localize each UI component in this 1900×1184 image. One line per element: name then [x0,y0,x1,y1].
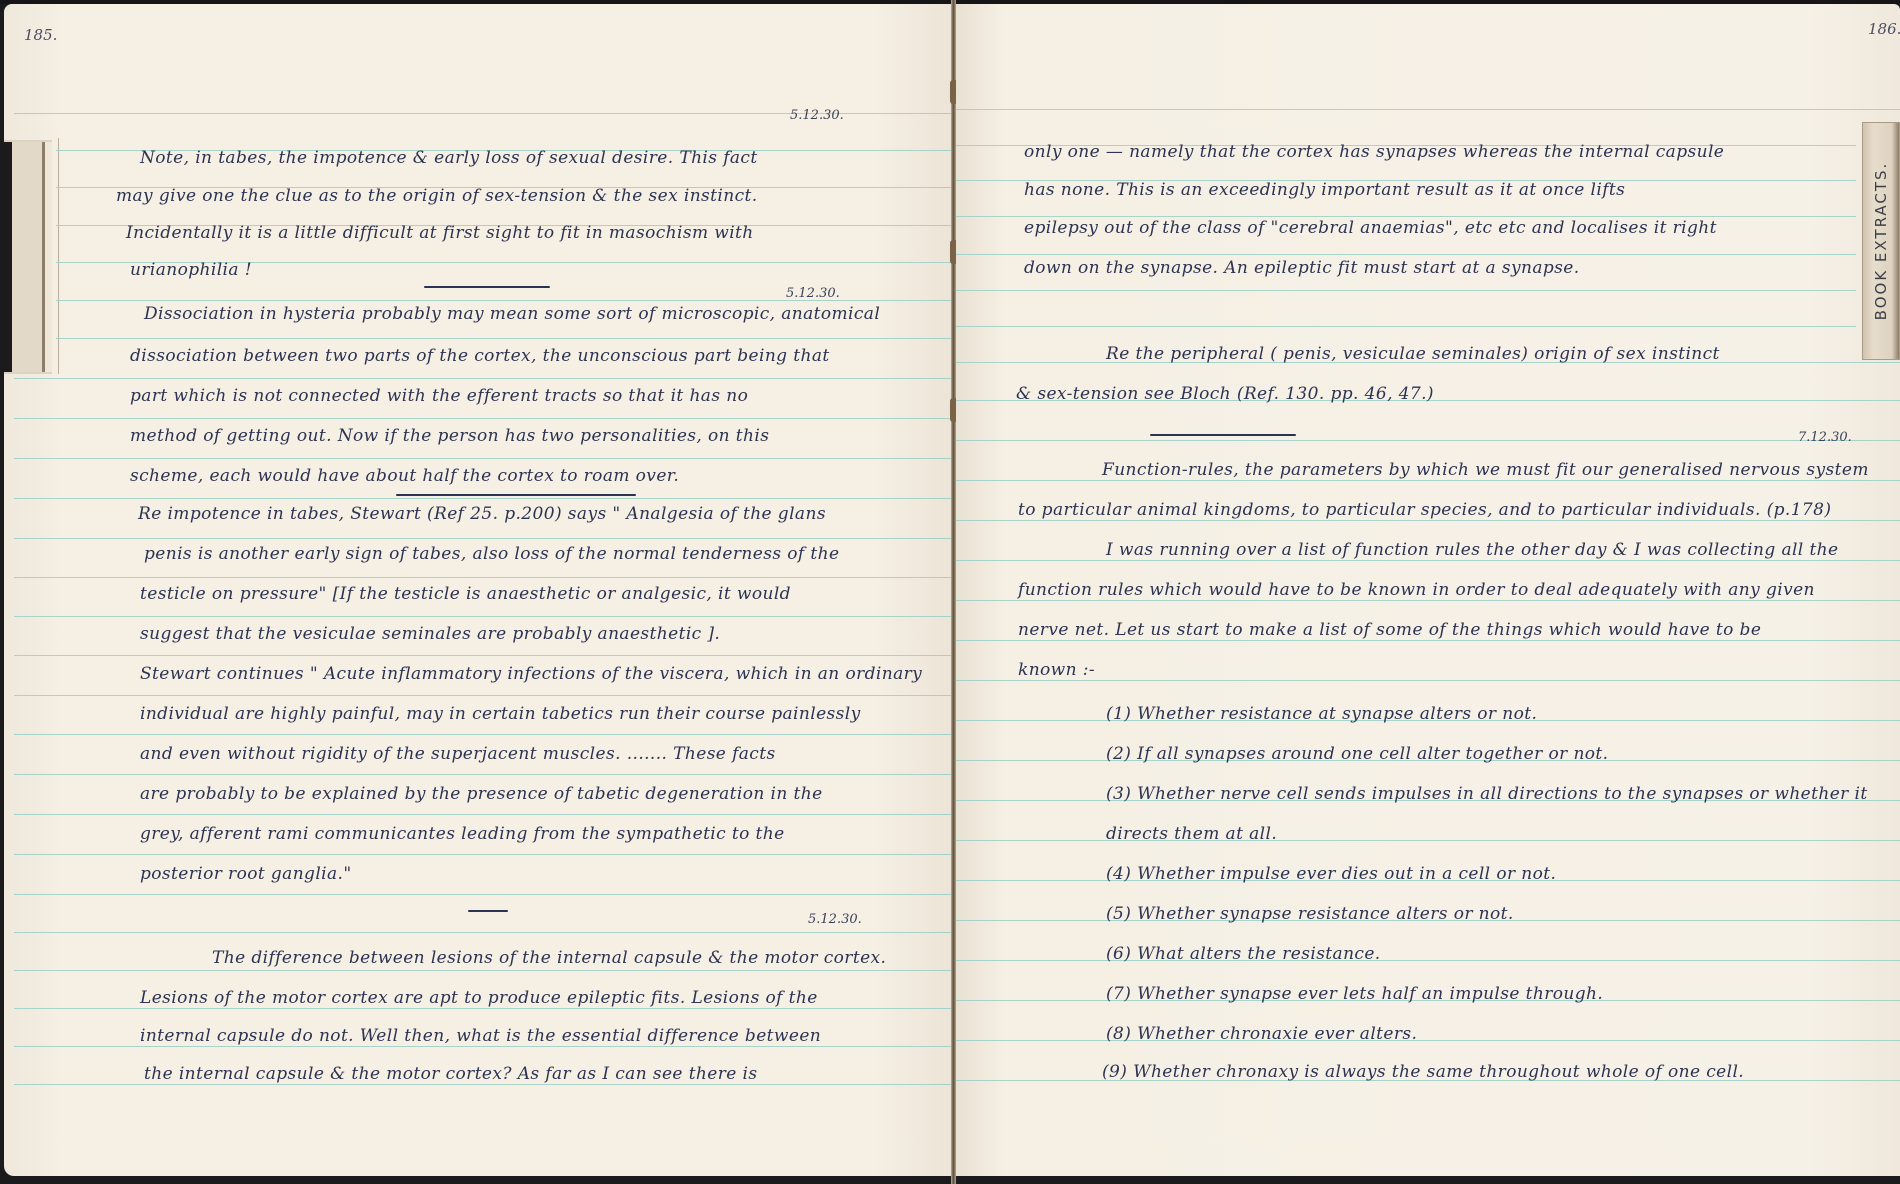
text-line: and even without rigidity of the superja… [140,744,776,764]
text-line: method of getting out. Now if the person… [130,426,769,446]
list-item: directs them at all. [1106,824,1277,844]
left-page: 185. 5.12.30. Note, in tabes, the impote… [4,4,952,1176]
text-line: dissociation between two parts of the co… [130,346,830,366]
ruled-line [14,854,952,855]
ruled-line [14,932,952,933]
ruled-line [14,970,952,971]
page-cutout-slot [4,140,52,374]
page-number: 186. [1868,20,1900,38]
ruled-line [14,1084,952,1085]
ruled-line [14,695,952,696]
list-item: (4) Whether impulse ever dies out in a c… [1106,864,1556,884]
ruled-line [14,378,952,379]
ruled-line [956,109,1900,110]
text-line: penis is another early sign of tabes, al… [144,544,839,564]
text-line: internal capsule do not. Well then, what… [140,1026,821,1046]
ruled-line [14,814,952,815]
section-divider [1150,434,1296,436]
ruled-line [956,640,1900,641]
ruled-line [14,774,952,775]
ruled-line [14,1046,952,1047]
ruled-line [14,734,952,735]
ruled-line [956,440,1900,441]
ruled-line [956,520,1900,521]
ruled-line [14,538,952,539]
right-page: 186. only one — namely that the cortex h… [956,4,1900,1176]
ruled-line [956,216,1856,217]
text-line: Stewart continues " Acute inflammatory i… [140,664,922,684]
list-item: (1) Whether resistance at synapse alters… [1106,704,1537,724]
tab-label: BOOK EXTRACTS. [1872,162,1890,321]
text-line: urianophilia ! [130,260,252,280]
text-line: only one — namely that the cortex has sy… [1024,142,1724,162]
text-line: individual are highly painful, may in ce… [140,704,861,724]
text-line: the internal capsule & the motor cortex?… [144,1064,758,1084]
ruled-line [956,840,1900,841]
text-line: down on the synapse. An epileptic fit mu… [1024,258,1580,278]
section-divider [396,494,636,496]
text-line: to particular animal kingdoms, to partic… [1018,500,1831,520]
text-line: Note, in tabes, the impotence & early lo… [140,148,758,168]
text-line: posterior root ganglia." [140,864,352,884]
text-line: are probably to be explained by the pres… [140,784,823,804]
text-line: known :- [1018,660,1095,680]
ruled-line [956,326,1856,327]
text-line: part which is not connected with the eff… [130,386,748,406]
ruled-line [956,600,1900,601]
text-line: Lesions of the motor cortex are apt to p… [140,988,818,1008]
text-line: epilepsy out of the class of "cerebral a… [1024,218,1717,238]
ruled-line [14,1008,952,1009]
text-line: scheme, each would have about half the c… [130,466,679,486]
entry-date: 5.12.30. [786,286,840,301]
ruled-line [14,655,952,656]
entry-date: 7.12.30. [1798,430,1852,445]
text-line: nerve net. Let us start to make a list o… [1018,620,1761,640]
entry-date: 5.12.30. [790,108,844,123]
text-line: Re the peripheral ( penis, vesiculae sem… [1106,344,1720,364]
text-line: Re impotence in tabes, Stewart (Ref 25. … [138,504,826,524]
text-line: grey, afferent rami communicantes leadin… [140,824,785,844]
list-item: (7) Whether synapse ever lets half an im… [1106,984,1603,1004]
ruled-line [956,1040,1900,1041]
ruled-line [56,338,952,339]
text-line: may give one the clue as to the origin o… [116,186,758,206]
ruled-line [956,560,1900,561]
ruled-line [956,290,1856,291]
text-line: function rules which would have to be kn… [1018,580,1815,600]
text-line: Function-rules, the parameters by which … [1102,460,1869,480]
ruled-line [956,254,1856,255]
ruled-line [956,480,1900,481]
list-item: (6) What alters the resistance. [1106,944,1381,964]
text-line: testicle on pressure" [If the testicle i… [140,584,791,604]
list-item: (8) Whether chronaxie ever alters. [1106,1024,1417,1044]
list-item: (2) If all synapses around one cell alte… [1106,744,1608,764]
text-line: suggest that the vesiculae seminales are… [140,624,720,644]
section-divider [424,286,550,288]
page-number: 185. [24,26,57,44]
ruled-line [14,498,952,499]
book-extracts-index-tab[interactable]: BOOK EXTRACTS. [1862,122,1900,360]
ruled-line [14,616,952,617]
text-line: has none. This is an exceedingly importa… [1024,180,1625,200]
list-item: (5) Whether synapse resistance alters or… [1106,904,1514,924]
ruled-line [14,577,952,578]
list-item: (3) Whether nerve cell sends impulses in… [1106,784,1868,804]
ruled-line [14,418,952,419]
ruled-line [956,960,1900,961]
text-line: Dissociation in hysteria probably may me… [144,304,880,324]
ruled-line [956,680,1900,681]
text-line: & sex-tension see Bloch (Ref. 130. pp. 4… [1016,384,1434,404]
entry-date: 5.12.30. [808,912,862,927]
text-line: I was running over a list of function ru… [1106,540,1839,560]
ruled-line [14,894,952,895]
section-divider [468,910,508,912]
text-line: Incidentally it is a little difficult at… [126,223,754,243]
ruled-line [14,458,952,459]
text-line: The difference between lesions of the in… [212,948,886,968]
list-item: (9) Whether chronaxy is always the same … [1102,1062,1744,1082]
